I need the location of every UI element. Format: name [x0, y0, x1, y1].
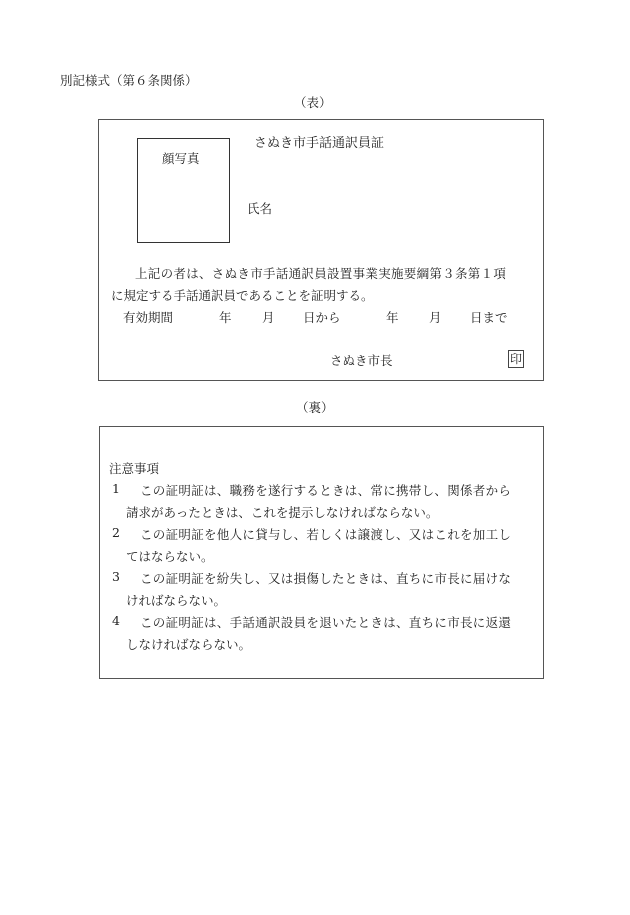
validity-year-1: 年 — [219, 308, 232, 326]
note-text: ければならない。 — [126, 591, 226, 609]
validity-year-2: 年 — [386, 308, 399, 326]
cert-line-1: 上記の者は、さぬき市手話通訳員設置事業実施要綱第３条第１項 — [135, 264, 506, 282]
cert-line-2: に規定する手話通訳員であることを証明する。 — [111, 286, 374, 304]
card-back: 注意事項 1 この証明証は、職務を遂行するときは、常に携帯し、関係者から 請求が… — [99, 426, 544, 679]
note-text: この証明証は、手話通訳設員を退いたときは、直ちに市長に返還 — [140, 613, 511, 631]
validity-from: 日から — [303, 308, 341, 326]
notes-heading: 注意事項 — [109, 459, 159, 477]
validity-until: 日まで — [470, 308, 508, 326]
form-title: 別記様式（第６条関係） — [60, 71, 198, 89]
note-text: この証明証を紛失し、又は損傷したときは、直ちに市長に届けな — [140, 569, 511, 587]
seal-mark: 印 — [508, 350, 524, 368]
note-text: てはならない。 — [126, 547, 214, 565]
back-label: （裏） — [296, 398, 334, 416]
note-text: この証明証を他人に貸与し、若しくは譲渡し、又はこれを加工し — [140, 525, 511, 543]
issuer: さぬき市長 — [330, 351, 393, 369]
note-text: しなければならない。 — [126, 635, 251, 653]
note-text: この証明証は、職務を遂行するときは、常に携帯し、関係者から — [140, 481, 511, 499]
card-front: 顔写真 さぬき市手話通訳員証 氏名 上記の者は、さぬき市手話通訳員設置事業実施要… — [98, 119, 544, 381]
validity-month-2: 月 — [429, 308, 442, 326]
validity-label: 有効期間 — [123, 308, 173, 326]
note-number: 2 — [112, 525, 120, 540]
validity-month-1: 月 — [262, 308, 275, 326]
card-title: さぬき市手話通訳員証 — [254, 132, 384, 151]
note-text: 請求があったときは、これを提示しなければならない。 — [126, 503, 438, 521]
photo-area: 顔写真 — [137, 138, 230, 243]
note-number: 3 — [112, 569, 120, 584]
photo-label: 顔写真 — [162, 149, 200, 167]
name-label: 氏名 — [247, 199, 272, 217]
note-number: 4 — [112, 613, 120, 628]
note-number: 1 — [112, 481, 120, 496]
front-label: （表） — [294, 93, 332, 111]
